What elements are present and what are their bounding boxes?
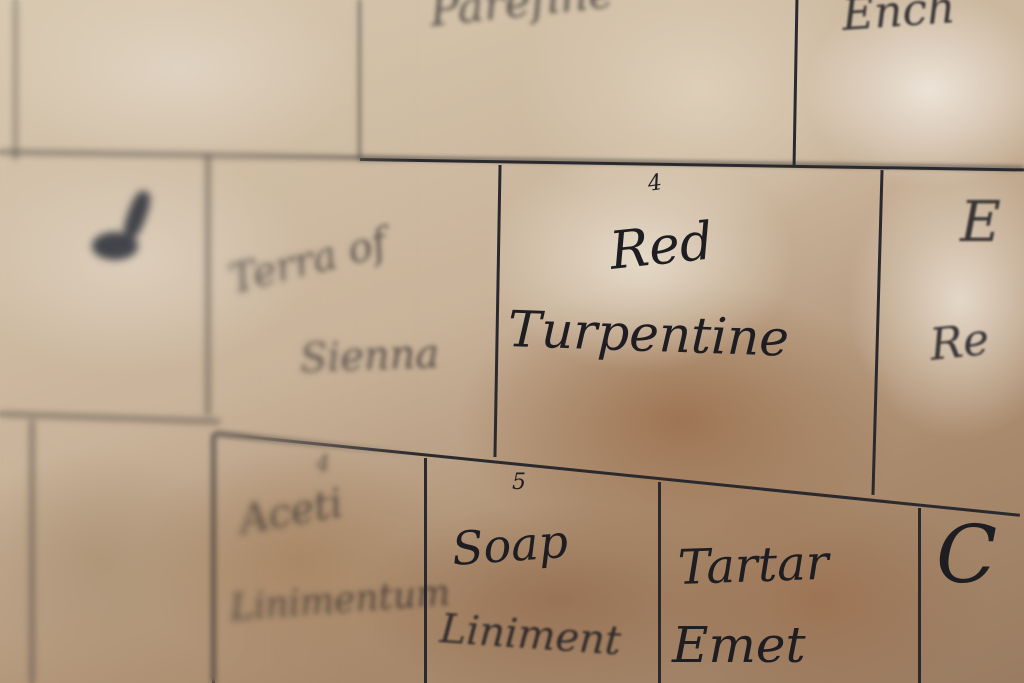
photograph: Parefine Ench Terra of Sienna 4 Red Turp… (0, 0, 1024, 683)
label-middle-right-line1: E (960, 190, 1001, 255)
rule-line-vertical-9 (424, 458, 427, 683)
label-number: 4 (646, 170, 663, 197)
rule-line-vertical-11 (918, 508, 921, 683)
label-number: 5 (512, 470, 526, 495)
label-bottom-line2: Emet (672, 616, 806, 674)
label-bottom-line1: Tartar (677, 535, 830, 596)
label-middle-right-line2: Re (927, 314, 991, 371)
label-top-right: Ench (840, 0, 957, 41)
label-top-center: Parefine (427, 0, 616, 37)
rule-line-vertical-6 (871, 170, 883, 495)
depth-of-field-blur (0, 0, 420, 683)
label-middle-center-line1: Red (607, 211, 716, 281)
rule-line-vertical-5 (493, 165, 501, 457)
rule-line-vertical-3 (793, 0, 799, 165)
label-middle-center-line2: Turpentine (507, 300, 790, 368)
label-bottom-line2: Liniment (438, 606, 622, 665)
label-bottom-line1: Soap (450, 514, 570, 576)
rule-line-vertical-10 (658, 482, 661, 683)
label-bottom-right: C (936, 508, 997, 601)
